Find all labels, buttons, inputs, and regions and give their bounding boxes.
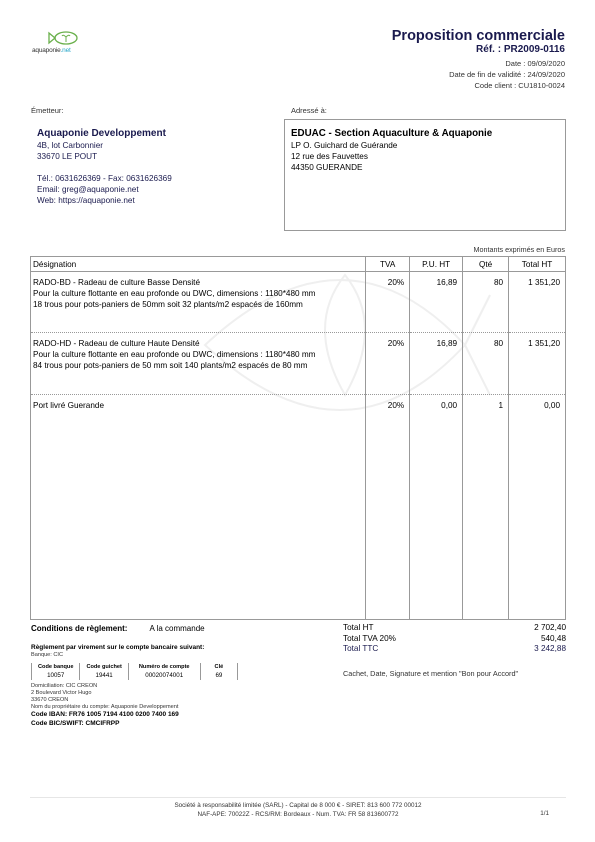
item-description: Pour la culture flottante en eau profond… bbox=[33, 349, 360, 360]
conditions-label: Conditions de règlement: bbox=[31, 624, 127, 633]
transfer-title: Règlement par virement sur le compte ban… bbox=[31, 644, 238, 651]
document-date: Date : 09/09/2020 bbox=[505, 59, 565, 68]
item-tva: 20% bbox=[366, 333, 410, 395]
recipient-name: EDUAC - Section Aquaculture & Aquaponie bbox=[291, 128, 565, 139]
recipient-label: Adressé à: bbox=[291, 106, 327, 115]
table-row: RADO-HD - Radeau de culture Haute Densit… bbox=[31, 333, 566, 395]
items-table: Désignation TVA P.U. HT Qté Total HT RAD… bbox=[30, 256, 566, 620]
document-reference: Réf. : PR2009-0116 bbox=[476, 44, 565, 55]
recipient-block: EDUAC - Section Aquaculture & Aquaponie … bbox=[284, 119, 566, 231]
company-logo: aquaponie.net bbox=[30, 30, 90, 58]
iban: Code IBAN: FR76 1005 7194 4100 0200 7400… bbox=[31, 711, 238, 720]
sender-phone: Tél.: 0631626369 - Fax: 0631626369 bbox=[37, 173, 270, 184]
total-ht-row: Total HT 2 702,40 bbox=[343, 623, 566, 634]
item-tva: 20% bbox=[366, 272, 410, 333]
item-total-ht: 1 351,20 bbox=[509, 333, 566, 395]
validity-date: Date de fin de validité : 24/09/2020 bbox=[449, 70, 565, 79]
total-ttc-row: Total TTC 3 242,88 bbox=[343, 644, 566, 655]
item-pu-ht: 16,89 bbox=[410, 272, 463, 333]
sender-label: Émetteur: bbox=[31, 106, 64, 115]
sender-name: Aquaponie Developpement bbox=[37, 128, 270, 139]
footer: Société à responsabilité limitée (SARL) … bbox=[30, 801, 566, 819]
domiciliation-line2: 33670 CREON bbox=[31, 697, 238, 704]
total-ht-label: Total HT bbox=[343, 623, 373, 634]
fish-sprout-logo-icon bbox=[42, 30, 82, 48]
recipient-line2: 12 rue des Fauvettes bbox=[291, 151, 565, 162]
total-tva-label: Total TVA 20% bbox=[343, 634, 396, 645]
item-qty: 80 bbox=[463, 272, 509, 333]
bank-header: Numéro de compte bbox=[128, 663, 200, 672]
currency-note: Montants exprimés en Euros bbox=[474, 245, 565, 254]
item-qty: 1 bbox=[463, 395, 509, 620]
table-row: RADO-BD - Radeau de culture Basse Densit… bbox=[31, 272, 566, 333]
item-designation: RADO-BD - Radeau de culture Basse Densit… bbox=[31, 272, 366, 333]
footer-line1: Société à responsabilité limitée (SARL) … bbox=[30, 801, 566, 810]
sender-email[interactable]: Email: greg@aquaponie.net bbox=[37, 184, 270, 195]
item-designation: RADO-HD - Radeau de culture Haute Densit… bbox=[31, 333, 366, 395]
item-designation: Port livré Guerande bbox=[31, 395, 366, 620]
item-title: RADO-HD - Radeau de culture Haute Densit… bbox=[33, 338, 360, 349]
header-designation: Désignation bbox=[31, 257, 366, 272]
header-total-ht: Total HT bbox=[509, 257, 566, 272]
bank-header: Code guichet bbox=[80, 663, 128, 672]
logo-text: aquaponie.net bbox=[32, 47, 71, 54]
footer-line2: NAF-APE: 70022Z - RCS/RM: Bordeaux - Num… bbox=[30, 810, 566, 819]
item-title: Port livré Guerande bbox=[33, 400, 360, 411]
item-pu-ht: 0,00 bbox=[410, 395, 463, 620]
payment-section: Conditions de règlement: A la commande R… bbox=[31, 624, 238, 728]
item-title: RADO-BD - Radeau de culture Basse Densit… bbox=[33, 277, 360, 288]
total-ttc-value: 3 242,88 bbox=[534, 644, 566, 655]
item-description: Pour la culture flottante en eau profond… bbox=[33, 288, 360, 299]
bank-name: Banque: CIC bbox=[31, 652, 238, 659]
sender-web[interactable]: Web: https://aquaponie.net bbox=[37, 195, 270, 206]
item-tva: 20% bbox=[366, 395, 410, 620]
header-qty: Qté bbox=[463, 257, 509, 272]
total-tva-row: Total TVA 20% 540,48 bbox=[343, 634, 566, 645]
account-owner: Nom du propriétaire du compte: Aquaponie… bbox=[31, 704, 238, 711]
total-tva-value: 540,48 bbox=[541, 634, 566, 645]
header-pu-ht: P.U. HT bbox=[410, 257, 463, 272]
domiciliation-line1: 2 Boulevard Victor Hugo bbox=[31, 690, 238, 697]
header-tva: TVA bbox=[366, 257, 410, 272]
bank-table-end bbox=[238, 663, 239, 672]
item-total-ht: 0,00 bbox=[509, 395, 566, 620]
bank-code: 10057 bbox=[32, 672, 80, 681]
bic: Code BIC/SWIFT: CMCIFRPP bbox=[31, 720, 238, 729]
sender-address1: 4B, lot Carbonnier bbox=[37, 140, 270, 151]
table-row: Port livré Guerande 20% 0,00 1 0,00 bbox=[31, 395, 566, 620]
bank-header: Clé bbox=[200, 663, 238, 672]
domiciliation: Domiciliation: CIC CREON bbox=[31, 683, 238, 690]
conditions-value: A la commande bbox=[149, 624, 204, 633]
branch-code: 19441 bbox=[80, 672, 128, 681]
item-description: 84 trous pour pots-paniers de 50 mm soit… bbox=[33, 360, 360, 371]
item-qty: 80 bbox=[463, 333, 509, 395]
total-ht-value: 2 702,40 bbox=[534, 623, 566, 634]
bank-header: Code banque bbox=[32, 663, 80, 672]
item-total-ht: 1 351,20 bbox=[509, 272, 566, 333]
recipient-line3: 44350 GUERANDE bbox=[291, 162, 565, 173]
sender-block: Aquaponie Developpement 4B, lot Carbonni… bbox=[30, 120, 270, 220]
document-title: Proposition commerciale bbox=[392, 28, 565, 44]
bank-table-end bbox=[238, 672, 239, 681]
bank-details-table: Code banque Code guichet Numéro de compt… bbox=[31, 663, 238, 680]
rib-key: 69 bbox=[200, 672, 238, 681]
client-code: Code client : CU1810-0024 bbox=[475, 81, 565, 90]
item-pu-ht: 16,89 bbox=[410, 333, 463, 395]
item-description: 18 trous pour pots-paniers de 50mm soit … bbox=[33, 299, 360, 310]
table-header-row: Désignation TVA P.U. HT Qté Total HT bbox=[31, 257, 566, 272]
page-number: 1/1 bbox=[540, 810, 549, 817]
recipient-line1: LP O. Guichard de Guérande bbox=[291, 140, 565, 151]
payment-conditions: Conditions de règlement: A la commande bbox=[31, 624, 238, 633]
footer-divider bbox=[30, 797, 566, 798]
sender-address2: 33670 LE POUT bbox=[37, 151, 270, 162]
totals-block: Total HT 2 702,40 Total TVA 20% 540,48 T… bbox=[343, 623, 566, 655]
signature-note: Cachet, Date, Signature et mention "Bon … bbox=[343, 669, 518, 678]
total-ttc-label: Total TTC bbox=[343, 644, 378, 655]
account-number: 00020074001 bbox=[128, 672, 200, 681]
